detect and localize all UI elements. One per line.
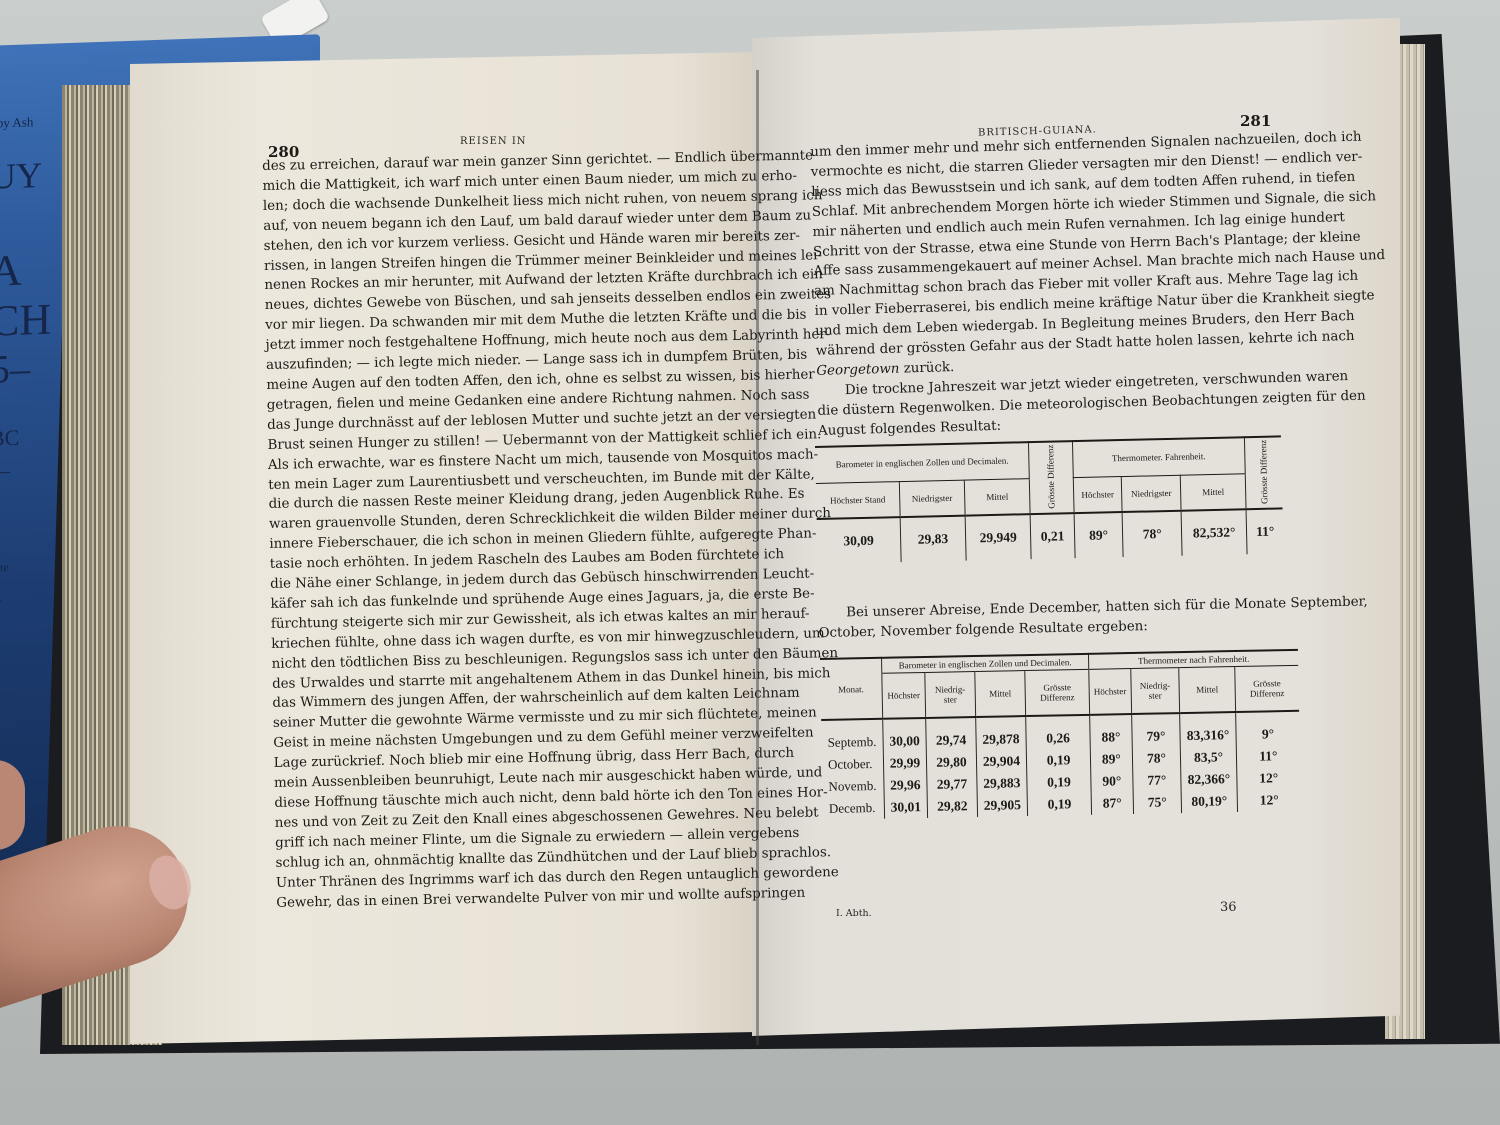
month-header: Monat. xyxy=(820,658,882,720)
text-fragment: zurück. xyxy=(899,360,954,377)
col-header: Höchster xyxy=(882,672,926,718)
running-head-left: REISEN IN xyxy=(460,136,527,147)
table-cell: 11° xyxy=(1246,508,1283,554)
col-header: Mittel xyxy=(1179,667,1235,714)
right-page-body: um den immer mehr und mehr sich entferne… xyxy=(810,130,1288,442)
table-cell: 9° xyxy=(1235,711,1299,746)
month-cell: October. xyxy=(822,753,884,776)
photo-scene: l by Ash UY A CH 5– BC 0– llite R 280 RE… xyxy=(0,0,1500,1125)
spine-text: 5– xyxy=(0,344,30,392)
table-cell: 29,883 xyxy=(977,772,1028,795)
spine-text: BC xyxy=(0,425,19,452)
col-header: Mittel xyxy=(1180,473,1246,511)
table-cell: 29,905 xyxy=(977,794,1028,817)
table-cell: 29,82 xyxy=(927,795,977,818)
left-page-body: des zu erreichen, darauf war mein ganzer… xyxy=(262,148,726,913)
col-header: Niedrig-ster xyxy=(925,672,976,718)
page-number-right: 281 xyxy=(1240,112,1271,130)
table-cell: 82,366° xyxy=(1181,768,1237,791)
footer-section-mark: I. Abth. xyxy=(836,908,872,919)
table-cell: 29,949 xyxy=(965,514,1032,560)
table-cell: 83,5° xyxy=(1181,746,1237,769)
col-header: Niedrigster xyxy=(1122,475,1181,512)
monthly-weather-table: Monat. Barometer in englischen Zollen un… xyxy=(820,649,1301,820)
month-cell: Septemb. xyxy=(821,719,883,754)
august-weather-table: Barometer in englischen Zollen und Decim… xyxy=(815,435,1284,564)
signature-number: 36 xyxy=(1220,900,1237,915)
month-cell: Novemb. xyxy=(822,775,884,798)
table-cell: 29,80 xyxy=(926,751,976,774)
table-cell: 83,316° xyxy=(1180,712,1236,747)
spine-text: A xyxy=(0,245,22,297)
table-cell: 79° xyxy=(1131,713,1180,748)
table-cell: 12° xyxy=(1237,789,1301,812)
thermo-group-header: Thermometer. Fahrenheit. xyxy=(1072,437,1246,477)
col-header: Höchster xyxy=(1073,476,1123,513)
table-cell: 0,21 xyxy=(1030,513,1074,559)
table-cell: 89° xyxy=(1074,512,1124,558)
col-header: Mittel xyxy=(975,671,1026,717)
table-cell: 0,26 xyxy=(1026,715,1091,750)
table-cell: 75° xyxy=(1133,791,1182,814)
table-cell: 29,904 xyxy=(976,750,1027,773)
month-cell: Decemb. xyxy=(823,797,885,820)
table-cell: 0,19 xyxy=(1027,793,1092,816)
table-cell: 89° xyxy=(1090,748,1132,771)
table-cell: 29,77 xyxy=(927,773,977,796)
table-cell: 88° xyxy=(1090,714,1132,749)
table-cell: 0,19 xyxy=(1026,749,1091,772)
table-cell: 30,09 xyxy=(817,517,901,564)
table-cell: 12° xyxy=(1236,767,1300,790)
spine-text: UY xyxy=(0,154,42,198)
col-header: Grösste Differenz xyxy=(1235,665,1300,712)
spine-text: R xyxy=(0,585,2,606)
table-cell: 78° xyxy=(1132,747,1181,770)
table-cell: 78° xyxy=(1123,511,1182,557)
table-cell: 77° xyxy=(1132,769,1181,792)
table-cell: 29,99 xyxy=(883,752,927,775)
table-cell: 11° xyxy=(1236,745,1300,768)
barometer-group-header: Barometer in englischen Zollen und Decim… xyxy=(815,442,1030,483)
spine-text: l by Ash xyxy=(0,114,33,132)
table-cell: 29,74 xyxy=(926,717,976,752)
thermo-diff-header: Grösste Differenz xyxy=(1245,436,1283,509)
table-cell: 30,00 xyxy=(882,718,926,753)
col-header: Höchster Stand xyxy=(816,481,900,519)
spine-text: llite xyxy=(0,560,9,576)
spine-text: CH xyxy=(0,294,51,347)
table-cell: 29,83 xyxy=(900,516,966,562)
col-header: Niedrigster xyxy=(899,480,965,517)
col-header: Höchster xyxy=(1089,669,1131,715)
col-header: Mittel xyxy=(964,478,1030,516)
table-cell: 29,878 xyxy=(976,716,1027,751)
col-header: Niedrig-ster xyxy=(1130,668,1179,714)
table-cell: 80,19° xyxy=(1181,790,1237,813)
col-header: Grösste Differenz xyxy=(1025,669,1090,716)
table-cell: 82,532° xyxy=(1181,509,1247,555)
table-cell: 87° xyxy=(1091,792,1133,815)
table-cell: 30,01 xyxy=(884,796,928,819)
table-cell: 0,19 xyxy=(1027,771,1092,794)
spine-text: 0– xyxy=(0,460,10,484)
barometer-diff-header: Grösste Differenz xyxy=(1029,441,1074,514)
table-cell: 90° xyxy=(1091,770,1133,793)
italic-place-name: Georgetown xyxy=(816,362,900,379)
table-cell: 29,96 xyxy=(884,774,928,797)
